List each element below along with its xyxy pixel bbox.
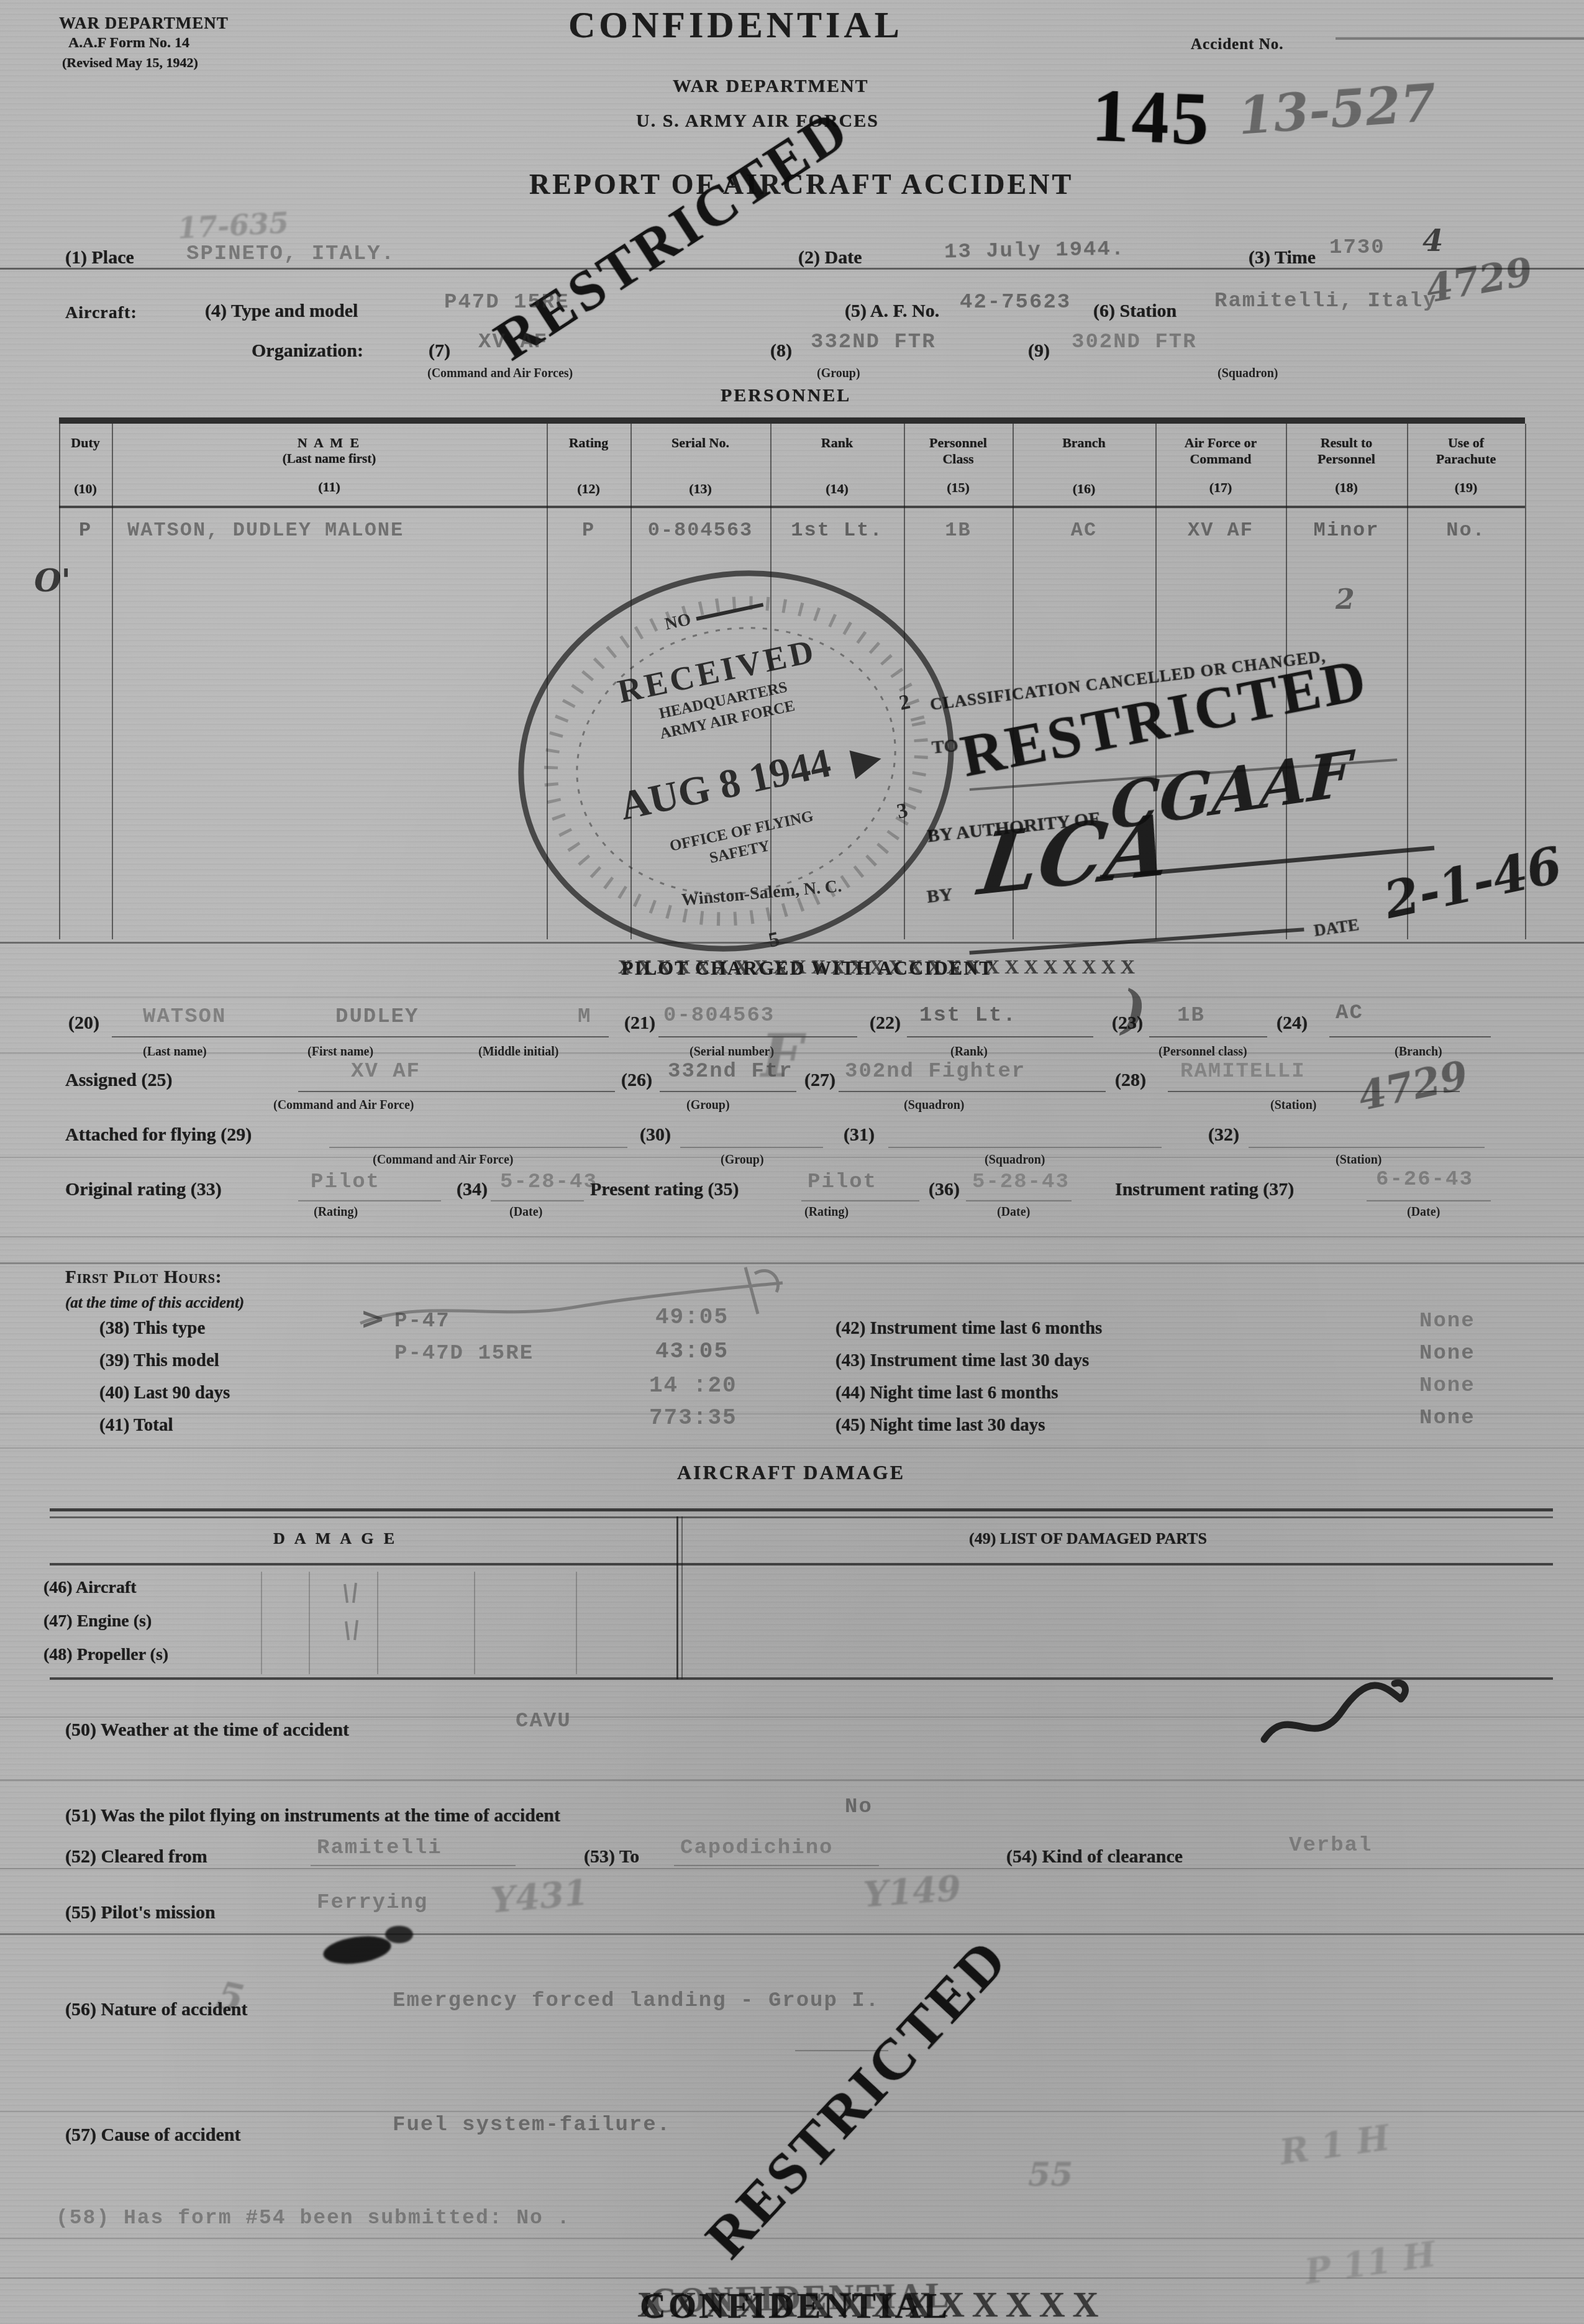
col-num: (12)	[547, 481, 630, 497]
col-num: (10)	[59, 481, 112, 497]
margin-note-o: O'	[34, 562, 71, 599]
f24-label: (24)	[1277, 1013, 1308, 1034]
sub-rank: (Rank)	[950, 1045, 988, 1059]
f24-value: AC	[1336, 1001, 1363, 1025]
f22-value: 1st Lt.	[919, 1004, 1017, 1028]
f42-label: (42) Instrument time last 6 months	[835, 1318, 1102, 1339]
f28-label: (28)	[1115, 1070, 1146, 1091]
form-agency: WAR DEPARTMENT	[59, 14, 229, 33]
row-name: WATSON, DUDLEY MALONE	[127, 519, 404, 542]
damage-faint-divider	[309, 1572, 310, 1674]
field7-value: XV AF	[478, 330, 548, 354]
col-label2: Parachute	[1407, 451, 1525, 467]
damage-title: AIRCRAFT DAMAGE	[677, 1461, 905, 1484]
field-station-value: Ramitelli, Italy	[1214, 289, 1437, 313]
cancel-stamp-to: TO	[931, 735, 960, 759]
handwritten-4: 4	[1422, 224, 1443, 258]
restricted-stamp-bottom: RESTRICTED	[693, 1871, 1072, 2271]
damage-row-propeller: (48) Propeller (s)	[43, 1645, 168, 1665]
f20-mi: M	[578, 1005, 591, 1029]
field-afno-value: 42-75623	[960, 291, 1071, 314]
f39-value: 43:05	[655, 1339, 729, 1364]
sub-35: (Rating)	[804, 1205, 849, 1219]
instr-rating-label: Instrument rating (37)	[1115, 1179, 1294, 1200]
classification-confidential-top: CONFIDENTIAL	[568, 4, 903, 47]
col-label: Branch	[1013, 435, 1155, 451]
f39-label: (39) This model	[99, 1351, 219, 1371]
f55-value: Ferrying	[317, 1891, 428, 1915]
streak	[0, 996, 1584, 998]
f30-label: (30)	[640, 1124, 671, 1146]
sub-33: (Rating)	[314, 1205, 358, 1219]
col-label: Rank	[770, 435, 904, 451]
field8-label: (8)	[770, 340, 792, 362]
f55-label: (55) Pilot's mission	[65, 1902, 216, 1923]
handwritten-signature-lca: LCA	[973, 794, 1177, 914]
row-serial: 0-804563	[630, 519, 770, 542]
col-label: Result to	[1286, 435, 1407, 451]
col-label: Serial No.	[630, 435, 770, 451]
table-vline	[59, 424, 60, 939]
damage-faint-marks	[339, 1578, 376, 1659]
col-label: Personnel	[904, 435, 1013, 451]
streak	[0, 1779, 1584, 1781]
col-label2: Class	[904, 451, 1013, 467]
personnel-title: PERSONNEL	[721, 385, 851, 406]
col-label: N A M E	[112, 435, 547, 451]
f45-value: None	[1419, 1406, 1475, 1430]
f57-label: (57) Cause of accident	[65, 2125, 240, 2146]
handwritten-bracket: )	[1121, 978, 1146, 1041]
table-top-border	[59, 417, 1525, 424]
pencil-y149: Y149	[862, 1868, 962, 1916]
f40-label: (40) Last 90 days	[99, 1383, 230, 1403]
col-num: (18)	[1286, 480, 1407, 496]
f52-label: (52) Cleared from	[65, 1846, 207, 1867]
cancel-stamp-by: BY	[926, 884, 954, 908]
field-place-value: SPINETO, ITALY.	[186, 242, 395, 266]
col-header-airforce: Air Force or Command (17)	[1155, 435, 1286, 496]
damage-border-top1	[50, 1508, 1553, 1511]
f41-label: (41) Total	[99, 1415, 173, 1436]
field9-sublabel: (Squadron)	[1218, 367, 1278, 381]
assigned-label: Assigned (25)	[65, 1070, 173, 1091]
field8-sublabel: (Group)	[817, 367, 860, 381]
f38-label: (38) This type	[99, 1318, 205, 1339]
damage-col1-header: D A M A G E	[273, 1529, 398, 1548]
field-time-value: 1730	[1329, 236, 1385, 260]
field9-label: (9)	[1028, 340, 1050, 362]
col-label: Air Force or	[1155, 435, 1286, 451]
pencil-p11h: P 11 H	[1302, 2234, 1438, 2293]
streak	[0, 1236, 1584, 1237]
ink-blot	[322, 1933, 393, 1968]
f25-value: XV AF	[351, 1060, 421, 1083]
damage-faint-divider	[576, 1572, 577, 1674]
col-num: (19)	[1407, 480, 1525, 496]
sub-first-name: (First name)	[307, 1045, 373, 1059]
damage-row-aircraft: (46) Aircraft	[43, 1578, 137, 1598]
form-number: A.A.F Form No. 14	[68, 35, 189, 52]
f27-label: (27)	[804, 1070, 835, 1091]
f38-plane: P-47	[394, 1310, 450, 1333]
table-vline	[112, 424, 113, 939]
field7-sublabel: (Command and Air Forces)	[427, 367, 573, 381]
org-label: Organization:	[252, 340, 363, 362]
row-class: 1B	[904, 519, 1013, 542]
field-station-label: (6) Station	[1093, 301, 1177, 322]
sub-25: (Command and Air Force)	[273, 1098, 414, 1113]
sub-middle-initial: (Middle initial)	[478, 1045, 558, 1059]
field8-value: 332ND FTR	[811, 330, 936, 354]
pencil-55: 55	[1028, 2156, 1073, 2194]
f37-value: 6-26-43	[1376, 1168, 1473, 1192]
col-num: (17)	[1155, 480, 1286, 496]
sub-28: (Station)	[1270, 1098, 1316, 1113]
col-label2: (Last name first)	[112, 451, 547, 467]
f27-value: 302nd Fighter	[845, 1060, 1026, 1083]
f44-label: (44) Night time last 6 months	[835, 1383, 1058, 1403]
damage-col2-header: (49) LIST OF DAMAGED PARTS	[969, 1529, 1207, 1548]
field-afno-label: (5) A. F. No.	[845, 301, 939, 322]
f53-label: (53) To	[584, 1846, 639, 1867]
f57-value: Fuel system-failure.	[393, 2113, 671, 2137]
f56-label: (56) Nature of accident	[65, 1999, 248, 2020]
f50-label: (50) Weather at the time of accident	[65, 1720, 349, 1741]
attached-label: Attached for flying (29)	[65, 1124, 252, 1146]
f21-value: 0-804563	[663, 1004, 775, 1028]
f53-value: Capodichino	[680, 1836, 833, 1860]
col-label: Rating	[547, 435, 630, 451]
row-airforce: XV AF	[1155, 519, 1286, 542]
sub-37: (Date)	[1407, 1205, 1440, 1219]
damage-header-underline	[50, 1563, 1553, 1565]
col-header-branch: Branch (16)	[1013, 435, 1155, 497]
present-rating-label: Present rating (35)	[590, 1179, 739, 1200]
col-header-serial: Serial No. (13)	[630, 435, 770, 497]
f54-label: (54) Kind of clearance	[1006, 1846, 1183, 1867]
col-num: (14)	[770, 481, 904, 497]
f40-value: 14 :20	[649, 1373, 737, 1398]
sub-34: (Date)	[509, 1205, 542, 1219]
f28-value: RAMITELLI	[1180, 1060, 1306, 1083]
damage-row-engine: (47) Engine (s)	[43, 1611, 152, 1631]
section-title-x-overlay: XXXXXXXXXXXXXXXXXXXXXXXXXXX	[618, 955, 1140, 978]
scanned-accident-report-page: WAR DEPARTMENT A.A.F Form No. 14 (Revise…	[0, 0, 1584, 2324]
pencil-y431: Y431	[489, 1872, 589, 1921]
col-num: (16)	[1013, 481, 1155, 497]
ink-blot-small	[385, 1926, 413, 1943]
sub-27: (Squadron)	[904, 1098, 964, 1113]
field-type-value: P47D 15RE	[444, 291, 570, 314]
streak	[0, 2238, 1584, 2239]
col-header-result: Result to Personnel (18)	[1286, 435, 1407, 496]
damage-faint-divider	[261, 1572, 262, 1674]
pencil-f-overlay: F	[761, 1022, 803, 1091]
form-revision: (Revised May 15, 1942)	[62, 55, 198, 71]
col-header-rating: Rating (12)	[547, 435, 630, 497]
row-parachute: No.	[1407, 519, 1525, 542]
damage-faint-divider	[474, 1572, 475, 1674]
f31-label: (31)	[844, 1124, 875, 1146]
f41-value: 773:35	[649, 1405, 737, 1431]
sub-last-name: (Last name)	[143, 1045, 207, 1059]
col-num: (11)	[112, 479, 547, 495]
table-header-underline	[59, 506, 1525, 508]
f42-value: None	[1419, 1310, 1475, 1333]
f54-value: Verbal	[1289, 1834, 1372, 1857]
pencil-r1h: R 1 H	[1277, 2117, 1392, 2173]
streak	[0, 2111, 1584, 2112]
row-branch: AC	[1013, 519, 1155, 542]
col-num: (13)	[630, 481, 770, 497]
sub-30: (Group)	[721, 1153, 764, 1167]
stamp-arrow: ▶	[847, 736, 885, 782]
f45-label: (45) Night time last 30 days	[835, 1415, 1045, 1436]
f22-label: (22)	[870, 1013, 901, 1034]
cancel-stamp-date-label: DATE	[1313, 915, 1360, 941]
pencil-note-top-left: 17-635	[177, 206, 290, 245]
f39-plane: P-47D 15RE	[394, 1342, 534, 1365]
rule-line	[0, 1933, 1584, 1935]
col-header-name: N A M E (Last name first) (11)	[112, 435, 547, 495]
f56-value: Emergency forced landing - Group I.	[393, 1989, 880, 2013]
col-label: Duty	[59, 435, 112, 451]
col-header-parachute: Use of Parachute (19)	[1407, 435, 1525, 496]
hours-title: First Pilot Hours:	[65, 1267, 222, 1288]
f32-label: (32)	[1208, 1124, 1239, 1146]
field-time-label: (3) Time	[1249, 247, 1316, 268]
f50-value: CAVU	[516, 1710, 571, 1733]
col-label2: Command	[1155, 451, 1286, 467]
sub-personnel-class: (Personnel class)	[1158, 1045, 1247, 1059]
f33-value: Pilot	[311, 1170, 380, 1194]
stamp-dial-5: 5	[767, 927, 781, 952]
col-header-class: Personnel Class (15)	[904, 435, 1013, 496]
f26-label: (26)	[621, 1070, 652, 1091]
sub-36: (Date)	[997, 1205, 1030, 1219]
f20-label: (20)	[68, 1013, 99, 1034]
row-rating: P	[547, 519, 630, 542]
aircraft-label: Aircraft:	[65, 303, 137, 323]
col-label2: Personnel	[1286, 451, 1407, 467]
ink-scribble-right	[1255, 1665, 1422, 1777]
col-header-duty: Duty (10)	[59, 435, 112, 497]
f43-value: None	[1419, 1342, 1475, 1365]
field7-label: (7)	[429, 340, 450, 362]
f44-value: None	[1419, 1374, 1475, 1398]
sub-29: (Command and Air Force)	[373, 1153, 513, 1167]
cancel-by-line	[969, 927, 1304, 955]
handwritten-4729-station: 4729	[1354, 1052, 1472, 1120]
rule-line	[0, 268, 1584, 270]
damage-center-divider1	[676, 1516, 678, 1679]
row-result: Minor	[1286, 519, 1407, 542]
stamp-dial-2: 2	[897, 690, 912, 715]
accident-no-handwritten: 13-527	[1236, 73, 1438, 147]
f36-label: (36)	[929, 1179, 960, 1200]
f36-value: 5-28-43	[972, 1170, 1070, 1194]
field-date-label: (2) Date	[798, 247, 862, 268]
field-place-label: (1) Place	[65, 247, 134, 268]
damage-faint-divider	[377, 1572, 378, 1674]
f38-value: 49:05	[655, 1305, 729, 1330]
received-stamp: NO RECEIVED HEADQUARTERS ARMY AIR FORCE …	[491, 553, 981, 969]
orig-rating-label: Original rating (33)	[65, 1179, 222, 1200]
f20-first: DUDLEY	[335, 1005, 419, 1029]
col-header-rank: Rank (14)	[770, 435, 904, 497]
streak	[0, 1447, 1584, 1449]
sub-31: (Squadron)	[985, 1153, 1045, 1167]
row-duty: P	[59, 519, 112, 542]
col-label: Use of	[1407, 435, 1525, 451]
field-type-label: (4) Type and model	[205, 301, 358, 322]
f21-label: (21)	[624, 1013, 655, 1034]
f34-value: 5-28-43	[500, 1170, 598, 1194]
handwritten-2-under-minor: 2	[1336, 584, 1355, 616]
confidential-x-overlay: XXXXXXXXXXXXXX	[637, 2284, 1106, 2324]
f52-value: Ramitelli	[317, 1836, 442, 1860]
field9-value: 302ND FTR	[1072, 330, 1197, 354]
accident-no-label: Accident No.	[1191, 36, 1283, 53]
f20-last: WATSON	[143, 1005, 226, 1029]
f51-label: (51) Was the pilot flying on instruments…	[65, 1805, 560, 1826]
hours-subtitle: (at the time of this accident)	[65, 1295, 244, 1312]
damage-center-divider2	[681, 1516, 683, 1679]
f35-value: Pilot	[808, 1170, 877, 1194]
accident-no-stamped: 145	[1091, 73, 1213, 163]
f51-value: No	[845, 1795, 873, 1819]
f23-value: 1B	[1177, 1004, 1205, 1028]
damage-border-top2	[50, 1516, 1553, 1518]
f34-label: (34)	[457, 1179, 488, 1200]
col-num: (15)	[904, 480, 1013, 496]
row-rank: 1st Lt.	[770, 519, 904, 542]
f58-line: (58) Has form #54 been submitted: No .	[56, 2207, 571, 2230]
streak	[0, 1413, 1584, 1415]
f43-label: (43) Instrument time last 30 days	[835, 1351, 1089, 1371]
sub-26: (Group)	[686, 1098, 730, 1113]
streak	[1336, 37, 1584, 40]
sub-32: (Station)	[1336, 1153, 1381, 1167]
handwritten-caret: >	[360, 1301, 385, 1336]
field-date-value: 13 July 1944.	[944, 237, 1126, 264]
streak	[0, 1868, 1584, 1869]
